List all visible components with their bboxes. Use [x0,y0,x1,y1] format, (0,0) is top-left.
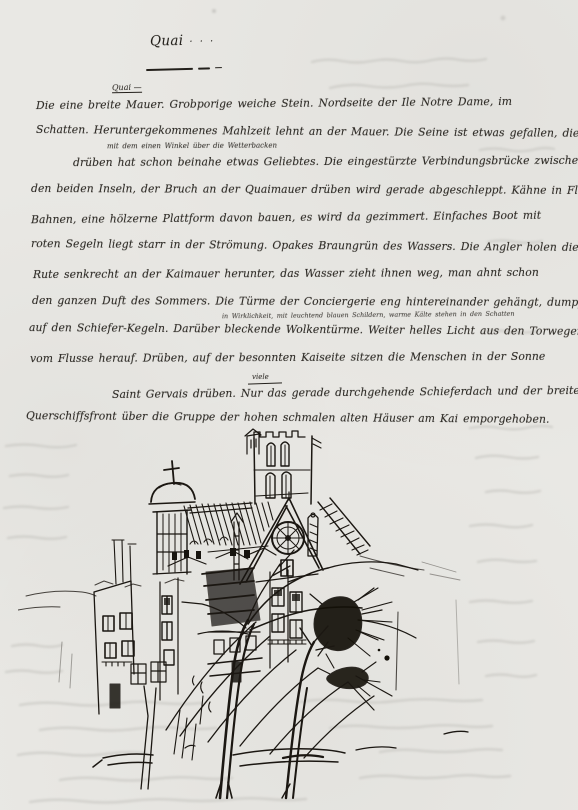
horizon-strokes [18,579,184,688]
insert-caret-line [248,382,282,384]
manuscript-line-4: den beiden Inseln, der Bruch an der Quai… [31,182,578,197]
ground-strokes [93,731,468,767]
manuscript-line-10: vom Flusse herauf. Drüben, auf der beson… [30,350,545,365]
interlinear-insert-1: mit dem einen Winkel über die Wetterback… [107,142,277,151]
manuscript-line-5: Bahnen, eine hölzerne Plattform davon ba… [31,209,541,226]
page-title-text: Quai [150,33,184,50]
page-title: Quai· · · [150,32,216,49]
manuscript-line-7: Rute senkrecht an der Kaimauer herunter,… [33,266,539,281]
manuscript-line-3: drüben hat schon beinahe etwas Geliebtes… [73,154,578,169]
manuscript-line-11: Saint Gervais drüben. Nur das gerade dur… [112,384,578,401]
title-underline [146,57,227,78]
manuscript-line-1: Die eine breite Mauer. Grobporige weiche… [36,95,512,112]
right-roof-slope [318,498,460,580]
row-houses [94,537,306,714]
interlinear-insert-2: in Wirklichkeit, mit leuchtend blauen Sc… [222,310,514,321]
inline-heading-quai: Quai — [112,83,142,94]
church-bell-tower [245,429,321,504]
manuscript-page: Quai· · · Quai — Die eine breite Mauer. … [0,0,578,810]
manuscript-line-6: roten Segeln liegt starr in der Strömung… [31,237,578,254]
interlinear-insert-word: viele [252,373,269,381]
church-nave-roof [184,502,273,552]
church-sketch [18,424,478,810]
title-dots: · · · [189,36,215,47]
manuscript-line-2: Schatten. Heruntergekommenes Mahlzeit le… [36,123,578,140]
manuscript-line-8: den ganzen Duft des Sommers. Die Türme d… [32,294,578,309]
manuscript-line-9: auf den Schiefer-Kegeln. Darüber blecken… [29,321,578,338]
